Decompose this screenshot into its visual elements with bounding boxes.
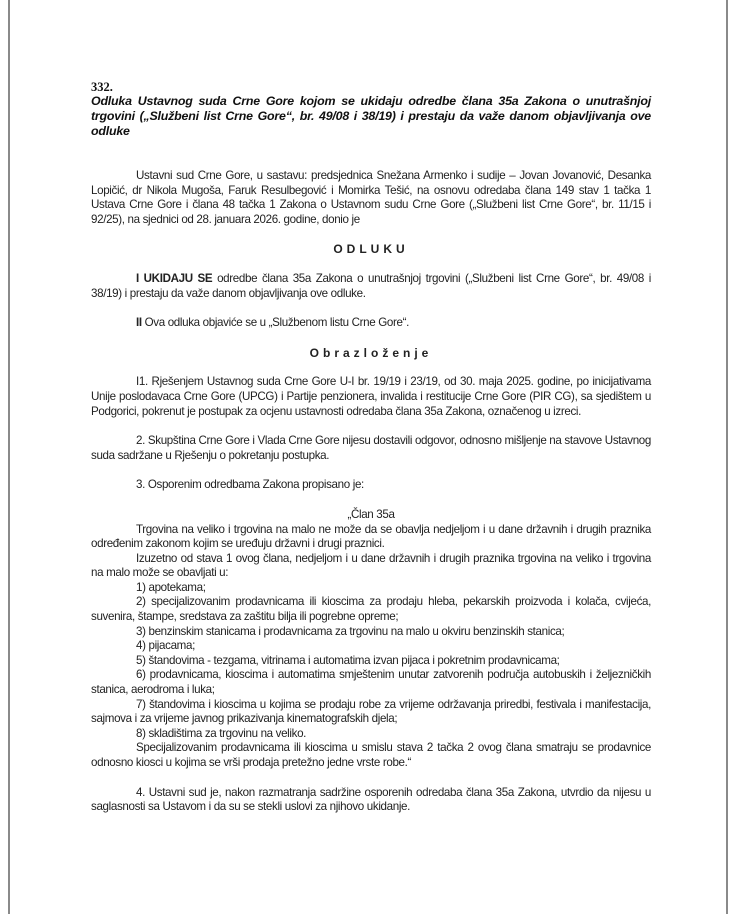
reasoning-paragraph-2: 2. Skupština Crne Gore i Vlada Crne Gore… — [91, 434, 651, 463]
reasoning-paragraph-1: I1. Rješenjem Ustavnog suda Crne Gore U-… — [91, 375, 651, 419]
list-item: 7) štandovima i kioscima u kojima se pro… — [91, 698, 651, 727]
list-item: 5) štandovima - tezgama, vitrinama i aut… — [91, 654, 651, 669]
list-item: 1) apotekama; — [91, 581, 651, 596]
decision-heading: ODLUKU — [91, 242, 651, 257]
decision-item-2-text: Ova odluka objaviće se u „Službenom list… — [142, 316, 409, 329]
article-paragraph-2: Izuzetno od stava 1 ovog člana, nedjeljo… — [91, 552, 651, 581]
article-paragraph-1: Trgovina na veliko i trgovina na malo ne… — [91, 523, 651, 552]
article-list: 1) apotekama; 2) specijalizovanim prodav… — [91, 581, 651, 742]
list-item: 2) specijalizovanim prodavnicama ili kio… — [91, 595, 651, 624]
reasoning-paragraph-3: 3. Osporenim odredbama Zakona propisano … — [91, 478, 651, 493]
list-item: 3) benzinskim stanicama i prodavnicama z… — [91, 625, 651, 640]
document-title: Odluka Ustavnog suda Crne Gore kojom se … — [91, 94, 651, 139]
article-title: „Član 35a — [91, 508, 651, 523]
reasoning-heading: Obrazloženje — [91, 346, 651, 361]
list-item: 8) skladištima za trgovinu na veliko. — [91, 727, 651, 742]
reasoning-paragraph-4: 4. Ustavni sud je, nakon razmatranja sad… — [91, 786, 651, 815]
list-item: 6) prodavnicama, kioscima i automatima s… — [91, 668, 651, 697]
document-page: 332. Odluka Ustavnog suda Crne Gore kojo… — [8, 0, 728, 914]
decision-item-2: II Ova odluka objaviće se u „Službenom l… — [91, 316, 651, 331]
document-content: 332. Odluka Ustavnog suda Crne Gore kojo… — [91, 80, 651, 815]
list-item: 4) pijacama; — [91, 639, 651, 654]
intro-paragraph: Ustavni sud Crne Gore, u sastavu: predsj… — [91, 169, 651, 227]
decision-item-1-bold: I UKIDAJU SE — [136, 272, 212, 285]
article-paragraph-3: Specijalizovanim prodavnicama ili kiosci… — [91, 741, 651, 770]
decision-item-1: I UKIDAJU SE odredbe člana 35a Zakona o … — [91, 272, 651, 301]
document-number: 332. — [91, 80, 651, 94]
